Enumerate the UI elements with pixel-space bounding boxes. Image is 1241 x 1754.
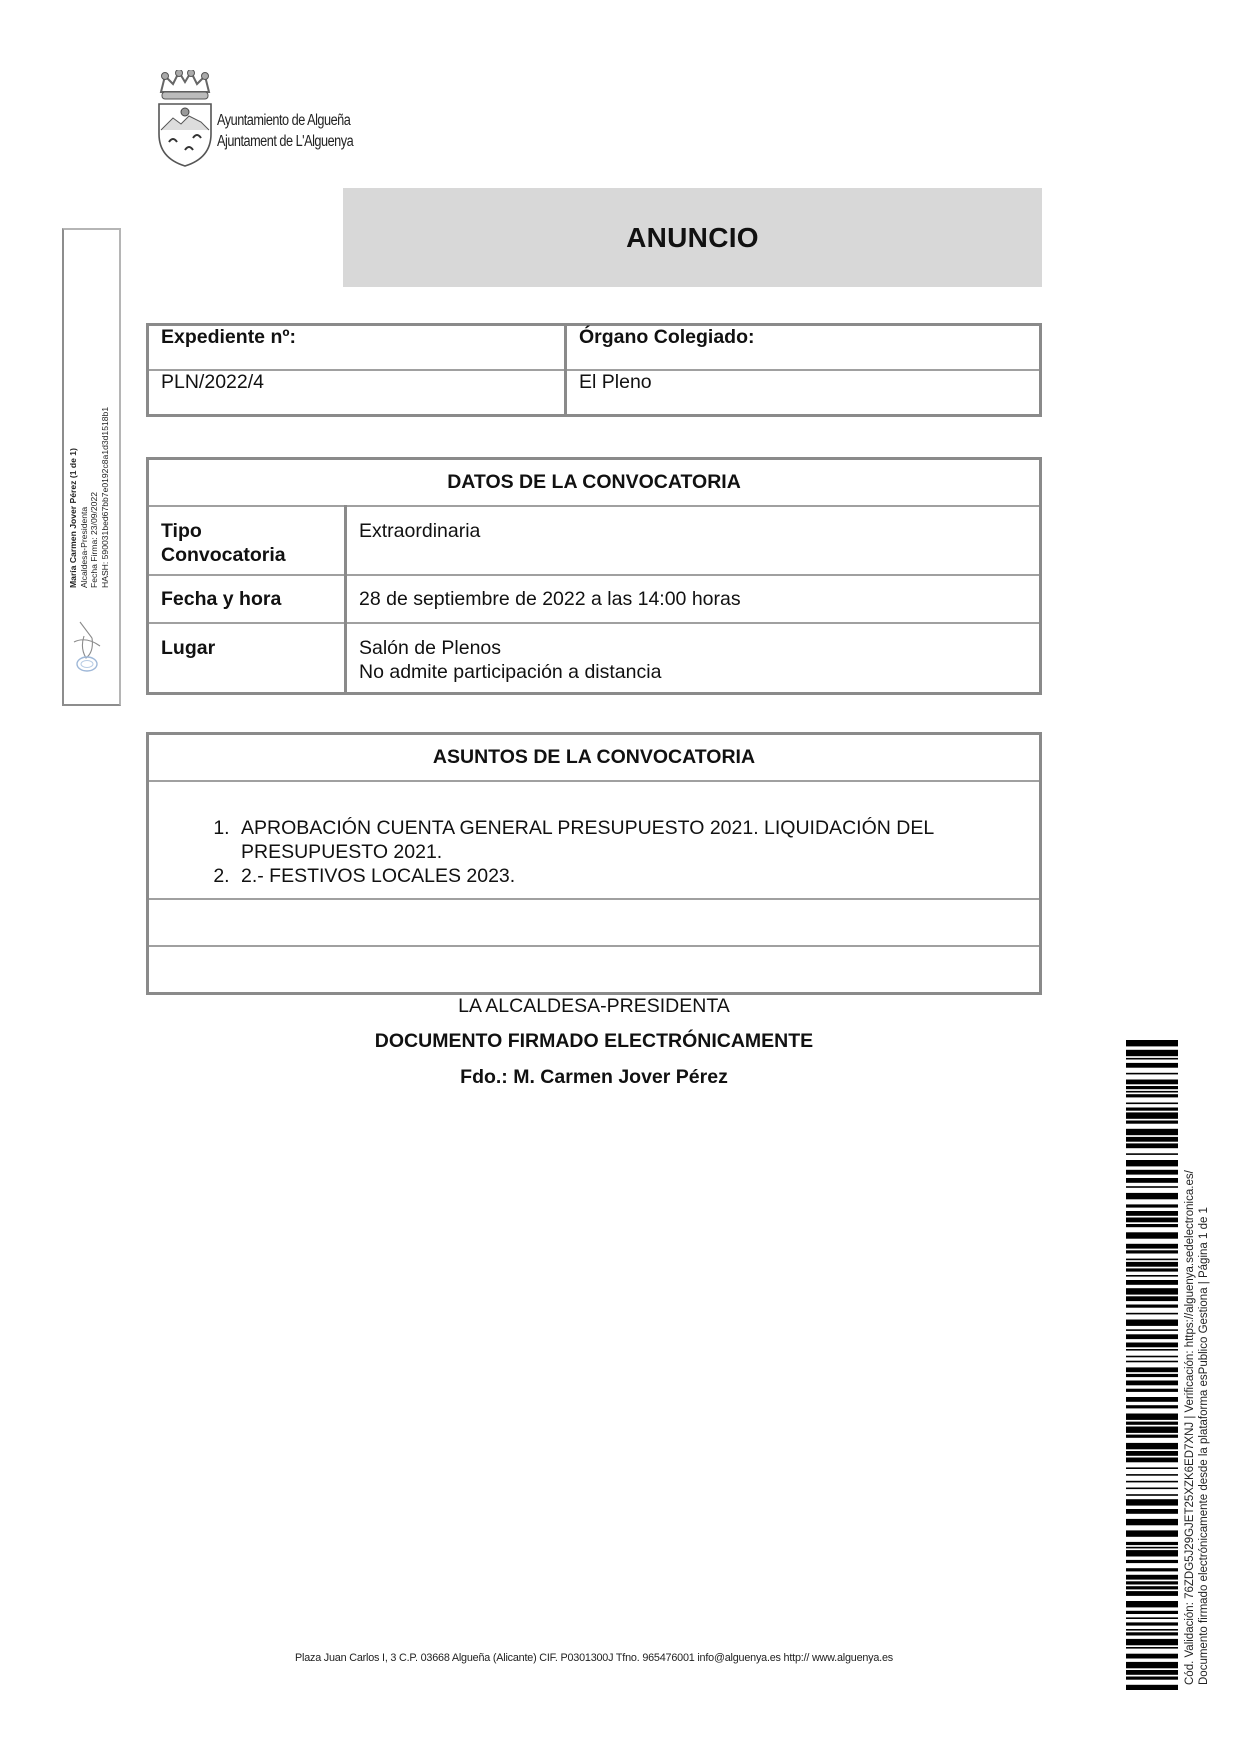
signed-statement: DOCUMENTO FIRMADO ELECTRÓNICAMENTE	[146, 1030, 1042, 1053]
datos-convocatoria-table: DATOS DE LA CONVOCATORIA TipoConvocatori…	[146, 457, 1042, 695]
expediente-label: Expediente nº:	[148, 325, 566, 371]
signature-seal-icon	[70, 618, 106, 674]
organo-value: El Pleno	[566, 370, 1041, 416]
table-row: Lugar Salón de Plenos No admite particip…	[148, 623, 1041, 693]
asuntos-list: APROBACIÓN CUENTA GENERAL PRESUPUESTO 20…	[149, 816, 999, 888]
logo-line-1: Ayuntamiento de Algueña	[217, 110, 353, 131]
signer-role: LA ALCALDESA-PRESIDENTA	[146, 995, 1042, 1018]
empty-row	[148, 946, 1041, 994]
barcode-icon	[1126, 1040, 1178, 1690]
stamp-hash: HASH: 590031bed67bb7e0192c8a1d3d1518b1	[100, 407, 111, 588]
asuntos-title: ASUNTOS DE LA CONVOCATORIA	[148, 734, 1041, 782]
stamp-sign-date: Fecha Firma: 23/09/2022	[89, 407, 100, 588]
signature-stamp-text: María Carmen Jover Pérez (1 de 1) Alcald…	[68, 407, 110, 588]
lugar-value-line-2: No admite participación a distancia	[359, 660, 1039, 684]
lugar-value-line-1: Salón de Plenos	[359, 636, 1039, 660]
lugar-label: Lugar	[148, 623, 346, 693]
verification-text: Cód. Validación: 76ZDG5J29GJET25XZK6ED7X…	[1184, 1170, 1211, 1685]
municipal-logo: Ayuntamiento de Algueña Ajuntament de L'…	[155, 70, 355, 175]
expediente-value: PLN/2022/4	[148, 370, 566, 416]
stamp-signer-name: María Carmen Jover Pérez (1 de 1)	[68, 407, 79, 588]
tipo-label: TipoConvocatoria	[148, 506, 346, 575]
platform-note: Documento firmado electrónicamente desde…	[1198, 1170, 1212, 1685]
coat-of-arms-icon	[155, 70, 215, 170]
signed-by: Fdo.: M. Carmen Jover Pérez	[146, 1066, 1042, 1089]
document-title: ANUNCIO	[626, 222, 759, 254]
empty-row	[148, 899, 1041, 946]
organo-label: Órgano Colegiado:	[566, 325, 1041, 371]
fecha-label: Fecha y hora	[148, 575, 346, 623]
asuntos-list-cell: APROBACIÓN CUENTA GENERAL PRESUPUESTO 20…	[148, 781, 1041, 899]
table-row: TipoConvocatoria Extraordinaria	[148, 506, 1041, 575]
asuntos-convocatoria-table: ASUNTOS DE LA CONVOCATORIA APROBACIÓN CU…	[146, 732, 1042, 995]
document-title-banner: ANUNCIO	[343, 188, 1042, 287]
list-item: APROBACIÓN CUENTA GENERAL PRESUPUESTO 20…	[235, 816, 999, 864]
tipo-value: Extraordinaria	[346, 506, 1041, 575]
table-row: Fecha y hora 28 de septiembre de 2022 a …	[148, 575, 1041, 623]
stamp-signer-role: Alcaldesa-Presidenta	[79, 407, 90, 588]
validation-code: Cód. Validación: 76ZDG5J29GJET25XZK6ED7X…	[1184, 1170, 1198, 1685]
footer-address: Plaza Juan Carlos I, 3 C.P. 03668 Algueñ…	[146, 1652, 1042, 1664]
datos-title: DATOS DE LA CONVOCATORIA	[148, 459, 1041, 507]
logo-line-2: Ajuntament de L'Alguenya	[217, 131, 353, 152]
lugar-value: Salón de Plenos No admite participación …	[346, 623, 1041, 693]
expediente-table: Expediente nº: Órgano Colegiado: PLN/202…	[146, 323, 1042, 417]
fecha-value: 28 de septiembre de 2022 a las 14:00 hor…	[346, 575, 1041, 623]
list-item: 2.- FESTIVOS LOCALES 2023.	[235, 864, 999, 888]
